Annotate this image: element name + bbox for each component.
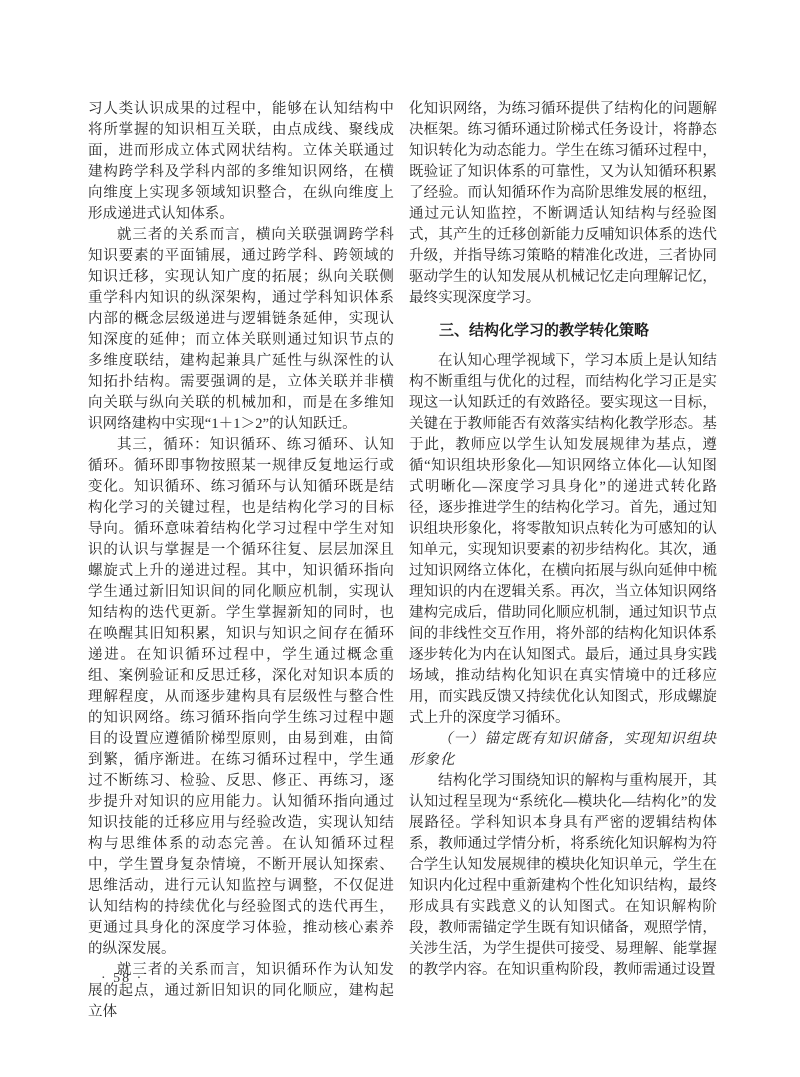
paragraph-knowledge-chunking: 结构化学习围绕知识的解构与重构展开，其认知过程呈现为“系统化—模块化—结构化”的… xyxy=(409,771,717,981)
document-page: 习人类认识成果的过程中，能够在认知结构中将所掌握的知识相互关联，由点成线、聚线成… xyxy=(0,0,800,1077)
left-column: 习人类认识成果的过程中，能够在认知结构中将所掌握的知识相互关联，由点成线、聚线成… xyxy=(88,99,394,1023)
page-number: · 58 · xyxy=(101,968,143,989)
paragraph-continuation-of-left-column: 化知识网络，为练习循环提供了结构化的问题解决框架。练习循环通过阶梯式任务设计，将… xyxy=(409,99,717,309)
two-column-layout: 习人类认识成果的过程中，能够在认知结构中将所掌握的知识相互关联，由点成线、聚线成… xyxy=(88,99,717,1023)
paragraph-teaching-transformation: 在认知心理学视域下，学习本质上是认知结构不断重组与优化的过程，而结构化学习正是实… xyxy=(409,351,717,729)
paragraph-three-relations: 就三者的关系而言，横向关联强调跨学科知识要素的平面铺展，通过跨学科、跨领域的知识… xyxy=(88,225,394,435)
section-heading: 三、结构化学习的教学转化策略 xyxy=(409,309,717,351)
right-column: 化知识网络，为练习循环提供了结构化的问题解决框架。练习循环通过阶梯式任务设计，将… xyxy=(409,99,717,1023)
subsection-heading: （一）锚定既有知识储备，实现知识组块形象化 xyxy=(409,729,717,771)
paragraph-cycles: 其三，循环：知识循环、练习循环、认知循环。循环即事物按照某一规律反复地运行或变化… xyxy=(88,435,394,960)
paragraph-continuation-from-previous-page: 习人类认识成果的过程中，能够在认知结构中将所掌握的知识相互关联，由点成线、聚线成… xyxy=(88,99,394,225)
